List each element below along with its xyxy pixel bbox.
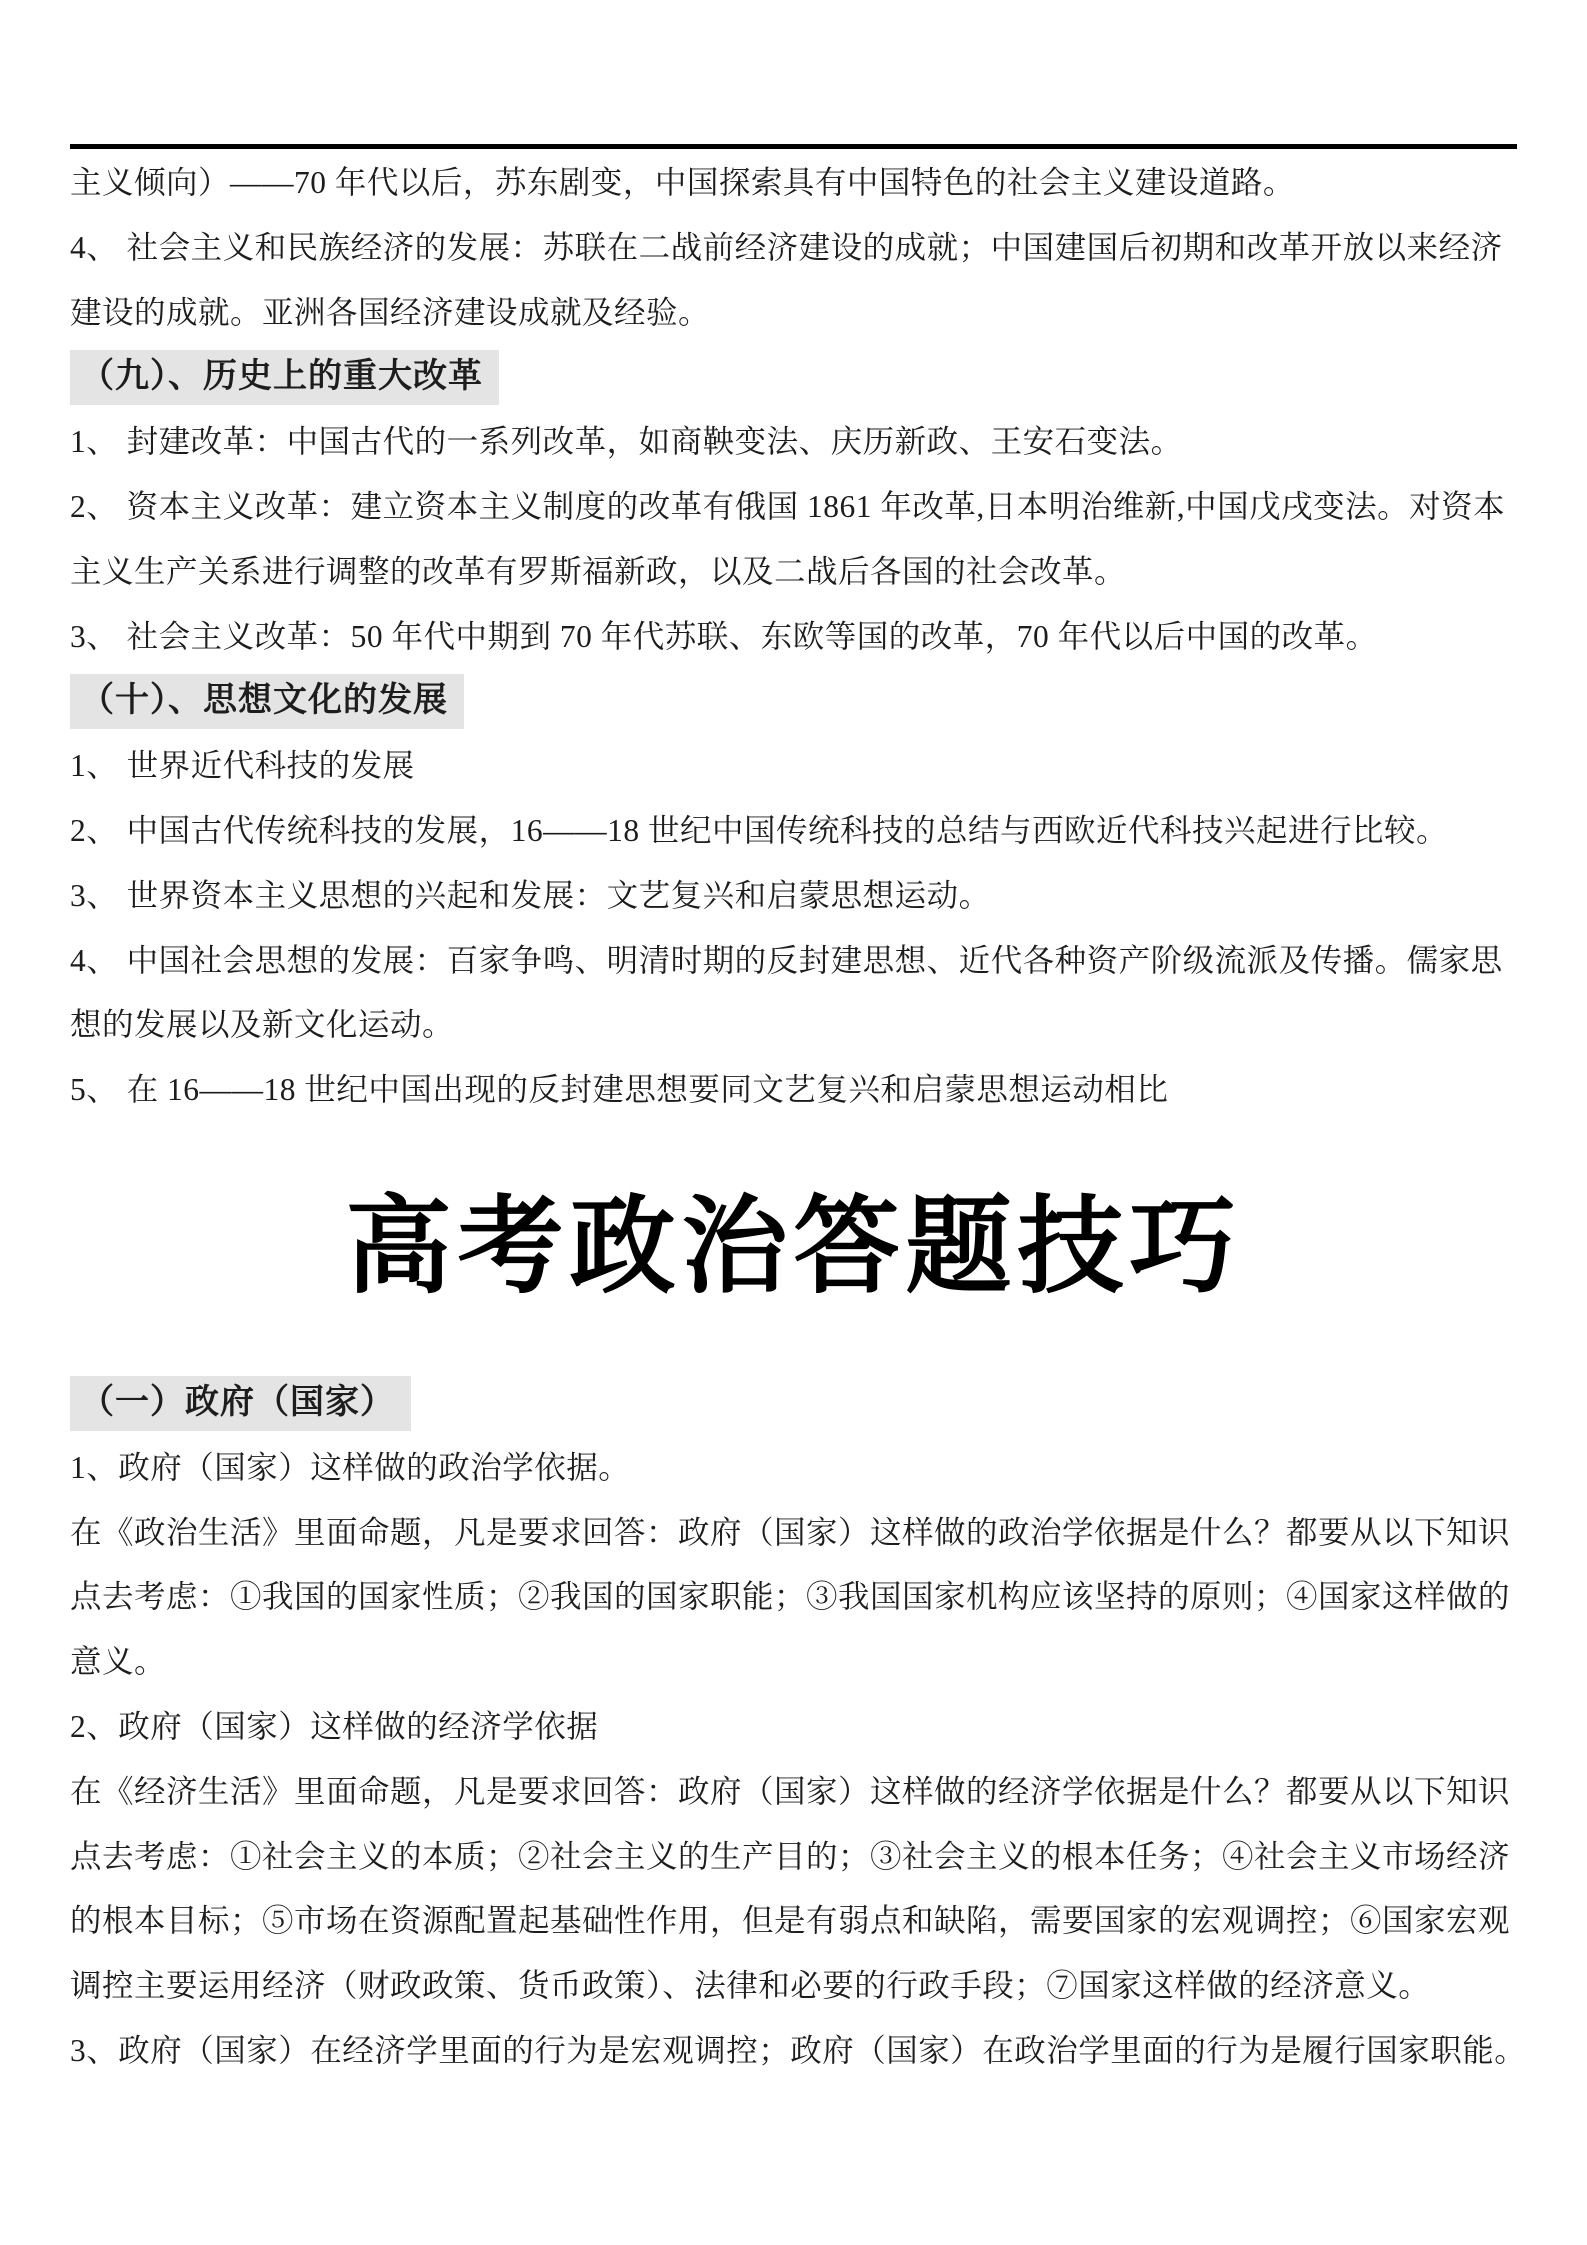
body-line: 1、政府（国家）这样做的政治学依据。 — [70, 1436, 1517, 1501]
body-line: 主义生产关系进行调整的改革有罗斯福新政，以及二战后各国的社会改革。 — [70, 540, 1517, 605]
body-line: 4、 中国社会思想的发展：百家争鸣、明清时期的反封建思想、近代各种资产阶级流派及… — [70, 929, 1517, 994]
section-heading-text: （十）、思想文化的发展 — [70, 674, 464, 729]
body-line: 5、 在 16——18 世纪中国出现的反封建思想要同文艺复兴和启蒙思想运动相比 — [70, 1058, 1517, 1123]
section-heading: （九）、历史上的重大改革 — [70, 345, 1517, 410]
page-content: 主义倾向）——70 年代以后，苏东剧变，中国探索具有中国特色的社会主义建设道路。… — [70, 144, 1517, 2084]
document-title: 高考政治答题技巧 — [70, 1123, 1517, 1353]
body-line: 想的发展以及新文化运动。 — [70, 993, 1517, 1058]
body-line: 调控主要运用经济（财政政策、货币政策）、法律和必要的行政手段；⑦国家这样做的经济… — [70, 1954, 1517, 2019]
document-page: 主义倾向）——70 年代以后，苏东剧变，中国探索具有中国特色的社会主义建设道路。… — [0, 0, 1587, 2245]
header-rule — [70, 144, 1517, 149]
section-heading-text: （一）政府（国家） — [70, 1376, 411, 1431]
body-line: 2、 资本主义改革：建立资本主义制度的改革有俄国 1861 年改革,日本明治维新… — [70, 475, 1517, 540]
body-line: 在《政治生活》里面命题，凡是要求回答：政府（国家）这样做的政治学依据是什么？都要… — [70, 1501, 1517, 1566]
section-heading: （十）、思想文化的发展 — [70, 669, 1517, 734]
body-line: 4、 社会主义和民族经济的发展：苏联在二战前经济建设的成就；中国建国后初期和改革… — [70, 216, 1517, 281]
body-line: 在《经济生活》里面命题，凡是要求回答：政府（国家）这样做的经济学依据是什么？都要… — [70, 1760, 1517, 1825]
body-line: 意义。 — [70, 1630, 1517, 1695]
body-line: 3、 世界资本主义思想的兴起和发展：文艺复兴和启蒙思想运动。 — [70, 864, 1517, 929]
body-line: 点去考虑：①我国的国家性质；②我国的国家职能；③我国国家机构应该坚持的原则；④国… — [70, 1565, 1517, 1630]
body-line: 主义倾向）——70 年代以后，苏东剧变，中国探索具有中国特色的社会主义建设道路。 — [70, 151, 1517, 216]
body-line: 1、 世界近代科技的发展 — [70, 734, 1517, 799]
body-line: 3、 社会主义改革：50 年代中期到 70 年代苏联、东欧等国的改革，70 年代… — [70, 605, 1517, 670]
body-line: 3、政府（国家）在经济学里面的行为是宏观调控；政府（国家）在政治学里面的行为是履… — [70, 2019, 1517, 2084]
body-line: 点去考虑：①社会主义的本质；②社会主义的生产目的；③社会主义的根本任务；④社会主… — [70, 1825, 1517, 1890]
body-line: 2、政府（国家）这样做的经济学依据 — [70, 1695, 1517, 1760]
body-line: 的根本目标；⑤市场在资源配置起基础性作用，但是有弱点和缺陷，需要国家的宏观调控；… — [70, 1889, 1517, 1954]
body-line: 建设的成就。亚洲各国经济建设成就及经验。 — [70, 281, 1517, 346]
section-heading: （一）政府（国家） — [70, 1371, 1517, 1436]
body-line: 2、 中国古代传统科技的发展，16——18 世纪中国传统科技的总结与西欧近代科技… — [70, 799, 1517, 864]
body-line: 1、 封建改革：中国古代的一系列改革，如商鞅变法、庆历新政、王安石变法。 — [70, 410, 1517, 475]
section-heading-text: （九）、历史上的重大改革 — [70, 350, 499, 405]
